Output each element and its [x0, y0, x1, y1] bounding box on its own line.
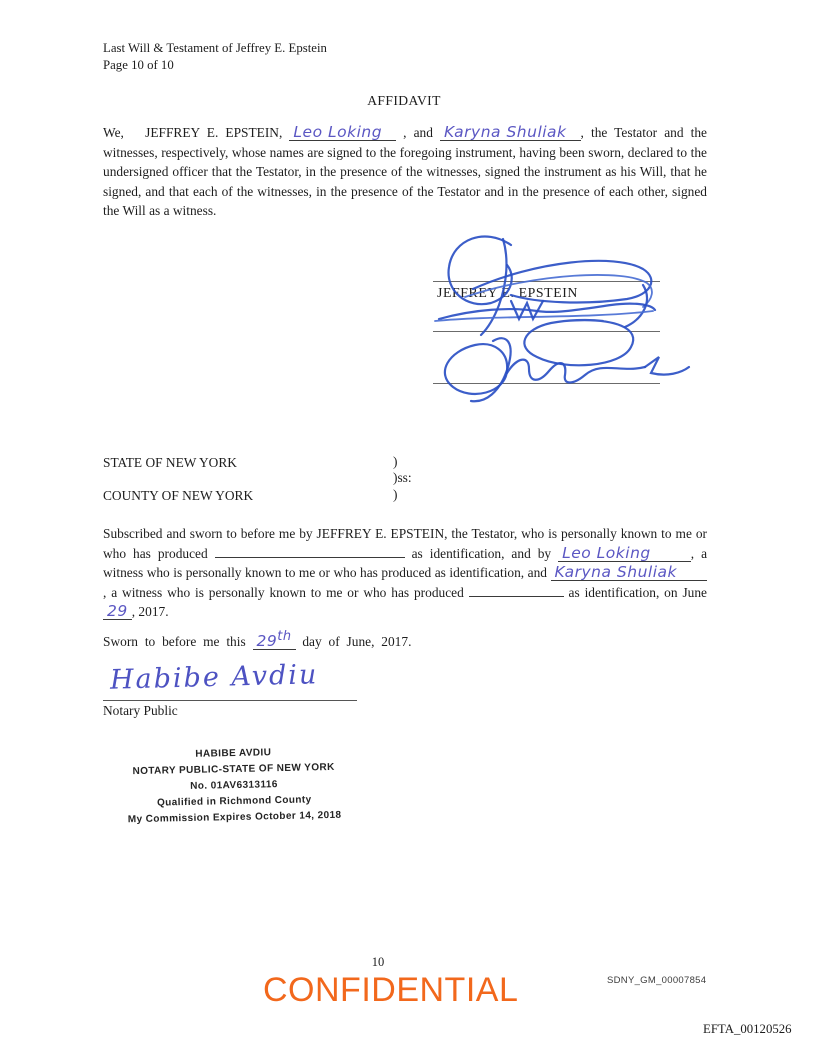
header-page-indicator: Page 10 of 10 [103, 57, 327, 74]
document-header: Last Will & Testament of Jeffrey E. Epst… [103, 40, 327, 74]
sworn-text-1: Sworn to before me this [103, 634, 253, 649]
sworn-day-handwritten: 29th [253, 630, 296, 650]
witness1-name-handwritten: Leo Loking [558, 547, 691, 562]
jurat-text-4: , a witness who is personally known to m… [103, 585, 469, 600]
jurat-text-6: , 2017. [132, 604, 169, 619]
witness1-name-handwritten: Leo Loking [289, 126, 396, 141]
witness2-name-handwritten: Karyna Shuliak [551, 566, 707, 581]
sworn-before-line: Sworn to before me this 29th day of June… [103, 630, 411, 650]
will-affidavit-page: { "header": { "line1": "Last Will & Test… [0, 0, 816, 1056]
jurat-paragraph: Subscribed and sworn to before me by JEF… [103, 524, 707, 622]
confidential-stamp: CONFIDENTIAL [263, 971, 518, 1010]
venue-paren-top: ) [393, 454, 397, 470]
venue-ss: )ss: [393, 470, 412, 486]
venue-state: STATE OF NEW YORK [103, 455, 237, 471]
jurat-text-2: as identification, and by [405, 546, 558, 561]
venue-county: COUNTY OF NEW YORK [103, 488, 253, 504]
witness2-name-handwritten: Karyna Shuliak [440, 126, 580, 141]
bates-number-efta: EFTA_00120526 [703, 1022, 792, 1037]
notary-stamp: HABIBE AVDIU NOTARY PUBLIC-STATE OF NEW … [107, 743, 361, 828]
identification-blank-testator [215, 545, 405, 558]
header-document-title: Last Will & Testament of Jeffrey E. Epst… [103, 40, 327, 57]
affidavit-text-1: We, JEFFREY E. EPSTEIN, [103, 125, 289, 140]
notary-public-label: Notary Public [103, 703, 178, 719]
notary-signature-handwritten: Habibe Avdiu [110, 659, 319, 695]
notary-signature-line [103, 700, 357, 701]
venue-paren-bottom: ) [393, 487, 397, 503]
sworn-text-2: day of June, 2017. [296, 634, 412, 649]
identification-blank-witness2 [469, 584, 564, 597]
testator-signature-scrawl [449, 236, 652, 335]
signature-scrawls [415, 225, 715, 405]
affidavit-paragraph: We, JEFFREY E. EPSTEIN, Leo Loking , and… [103, 123, 707, 221]
bates-number-sdny: SDNY_GM_00007854 [607, 975, 706, 986]
witness1-signature-scrawl [435, 301, 655, 365]
date-day-handwritten: 29 [103, 605, 132, 620]
witness2-signature-scrawl [445, 338, 689, 401]
affidavit-text-2: , and [396, 125, 440, 140]
section-title: AFFIDAVIT [103, 93, 705, 109]
page-number: 10 [356, 955, 400, 970]
jurat-text-5: as identification, on June [564, 585, 707, 600]
sworn-day-suffix: th [277, 629, 291, 644]
sworn-day-number: 29 [257, 632, 278, 650]
